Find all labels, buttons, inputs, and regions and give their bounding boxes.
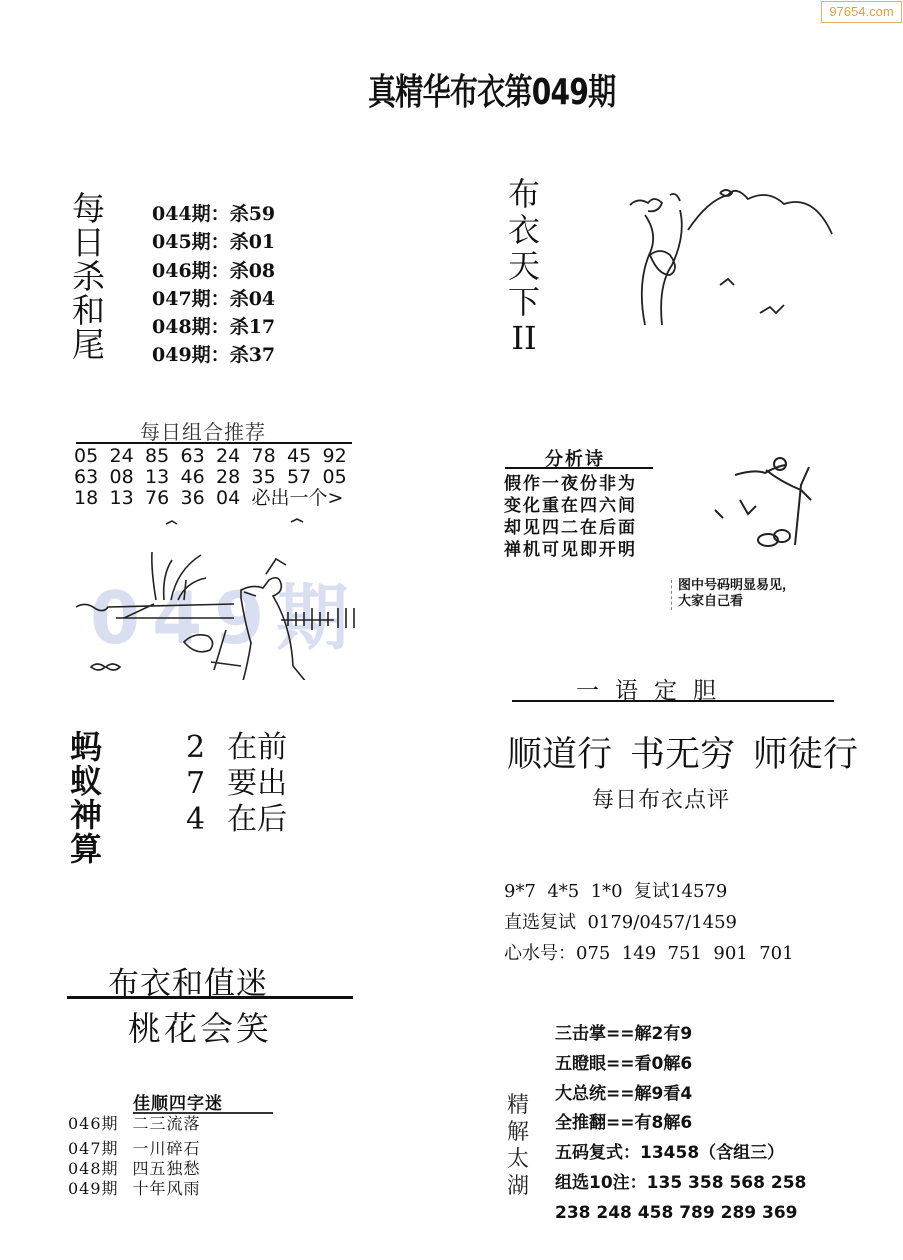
list-item: 2在前 <box>186 730 287 766</box>
site-watermark[interactable]: 97654.com <box>821 1 902 23</box>
list-item: 049期：杀37 <box>152 341 275 369</box>
label-char: 太 <box>507 1146 529 1173</box>
list-item: 049期十年风雨 <box>68 1179 201 1199</box>
four-char-riddle-title: 佳顺四字迷 <box>133 1089 223 1114</box>
label-char: 解 <box>507 1119 529 1146</box>
combo-row: 0524856324784592 <box>74 446 358 467</box>
phrase: 顺道行 <box>507 735 612 775</box>
label-char: 蚂 <box>70 730 102 764</box>
label-char: 蚁 <box>70 764 102 798</box>
poem-line: 变化重在四六间 <box>504 495 637 517</box>
label-char: 衣 <box>508 212 540 248</box>
list-item: 全推翻==有8解6 <box>555 1109 806 1139</box>
divider <box>76 442 352 444</box>
list-item: 五瞪眼==看0解6 <box>555 1050 806 1080</box>
analysis-hint: 图中号码明显易见， 大家自己看 <box>678 578 795 610</box>
divider <box>505 467 653 469</box>
divider <box>67 996 353 999</box>
page-title: 真精华布衣第049期 <box>368 64 615 115</box>
taihu-label: 精 解 太 湖 <box>507 1092 529 1200</box>
ant-calc-list: 2在前 7要出 4在后 <box>186 730 287 838</box>
list-item: 三击掌==解2有9 <box>555 1020 806 1050</box>
predictions: 9*7 4*5 1*0 复试14579 直选复试 0179/0457/1459 … <box>504 876 794 969</box>
list-item: 大总统==解9看4 <box>555 1080 806 1110</box>
list-item: 044期：杀59 <box>152 200 275 228</box>
phrase: 书无穷 <box>630 735 735 775</box>
list-item: 047期一川碎石 <box>68 1139 201 1159</box>
label-char: 和 <box>72 294 105 328</box>
list-item: 五码复式：13458（含组三） <box>555 1139 806 1169</box>
combo-row: 1813763604必出一个> <box>74 488 358 509</box>
label-char: 湖 <box>507 1173 529 1200</box>
prediction-line: 心水号：075 149 751 901 701 <box>504 938 794 969</box>
prediction-line: 9*7 4*5 1*0 复试14579 <box>504 876 794 907</box>
list-item: 4在后 <box>186 802 287 838</box>
ant-calc-label: 蚂 蚁 神 算 <box>70 730 102 866</box>
poem-line: 却见四二在后面 <box>504 517 637 539</box>
list-item: 048期四五独愁 <box>68 1159 201 1179</box>
four-char-riddle-list: 046期二三流落 047期一川碎石 048期四五独愁 049期十年风雨 <box>68 1114 201 1199</box>
one-word-phrases: 顺道行书无穷师徒行 <box>507 727 876 777</box>
label-char: 杀 <box>72 260 105 294</box>
label-char: 天 <box>508 248 540 284</box>
list-item: 7要出 <box>186 766 287 802</box>
daily-combo-title: 每日组合推荐 <box>140 416 266 445</box>
combo-row: 6308134628355705 <box>74 467 358 488</box>
daily-review-subtitle: 每日布衣点评 <box>592 783 730 814</box>
tree-and-mountain-illustration <box>600 185 840 345</box>
phrase: 师徒行 <box>753 735 858 775</box>
label-char: 尾 <box>72 328 105 362</box>
scholar-by-river-illustration <box>66 512 366 680</box>
label-char: 神 <box>70 798 102 832</box>
poem-line: 禅机可见即开明 <box>504 539 637 561</box>
list-item: 组选10注：135 358 568 258 <box>555 1169 806 1199</box>
list-item: 238 248 458 789 289 369 <box>555 1199 806 1229</box>
prediction-line: 直选复试 0179/0457/1459 <box>504 907 794 938</box>
label-char: 算 <box>70 832 102 866</box>
analysis-poem-lines: 假作一夜份非为 变化重在四六间 却见四二在后面 禅机可见即开明 <box>504 473 637 561</box>
list-item: 048期：杀17 <box>152 313 275 341</box>
label-char: 布 <box>508 176 540 212</box>
tree-and-birds-illustration <box>700 450 830 560</box>
label-char: 日 <box>72 226 105 260</box>
daily-kill-tail-list: 044期：杀59 045期：杀01 046期：杀08 047期：杀04 048期… <box>152 200 275 370</box>
riddle-answer: 桃花会笑 <box>128 1003 272 1050</box>
label-char: II <box>511 320 536 356</box>
label-char: 下 <box>508 284 540 320</box>
daily-kill-tail-label: 每 日 杀 和 尾 <box>72 192 105 362</box>
list-item: 046期：杀08 <box>152 257 275 285</box>
label-char: 精 <box>507 1092 529 1119</box>
daily-combo-grid: 0524856324784592 6308134628355705 181376… <box>74 446 358 509</box>
taihu-list: 三击掌==解2有9 五瞪眼==看0解6 大总统==解9看4 全推翻==有8解6 … <box>555 1020 806 1229</box>
buyi-tianxia-label: 布 衣 天 下 II <box>508 176 540 356</box>
list-item: 047期：杀04 <box>152 285 275 313</box>
label-char: 每 <box>72 192 105 226</box>
divider <box>512 700 834 702</box>
list-item: 045期：杀01 <box>152 228 275 256</box>
list-item: 046期二三流落 <box>68 1114 201 1134</box>
hint-marker <box>671 580 673 610</box>
poem-line: 假作一夜份非为 <box>504 473 637 495</box>
